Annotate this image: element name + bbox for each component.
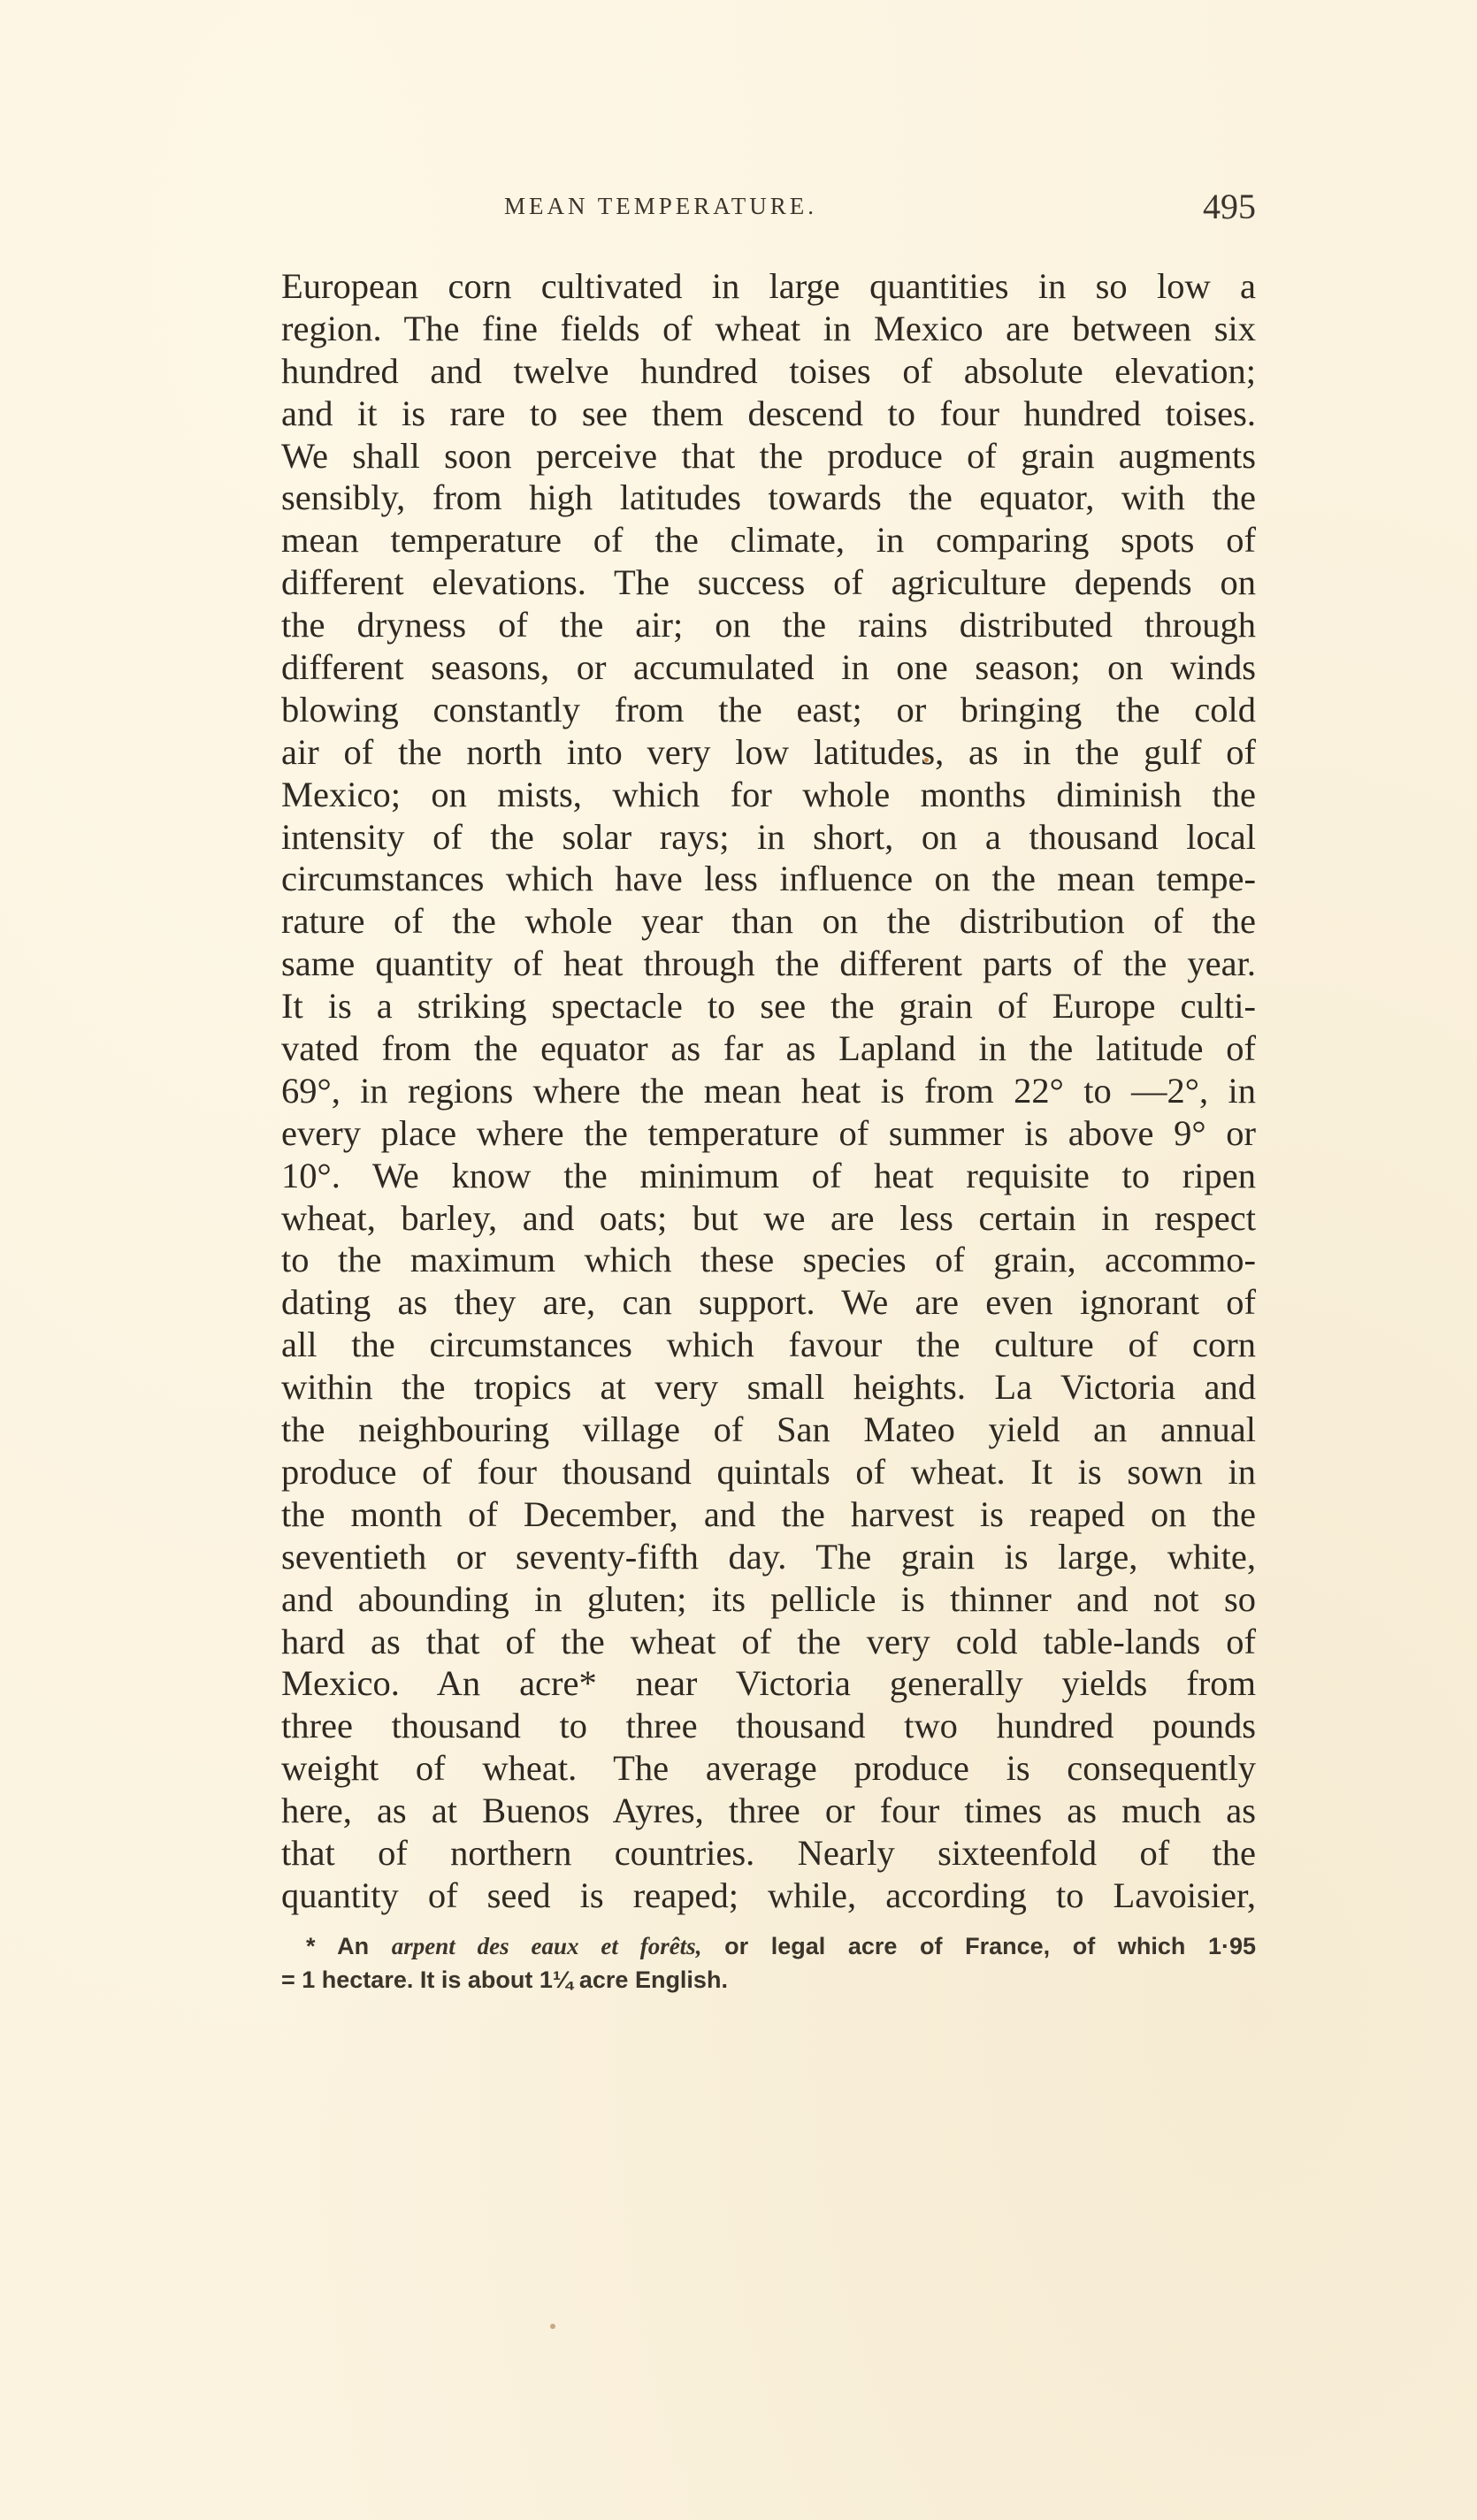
text-line: 69°, in regions where the mean heat is f…	[281, 1070, 1256, 1112]
text-line: within the tropics at very small heights…	[281, 1366, 1256, 1409]
text-line: three thousand to three thousand two hun…	[281, 1705, 1256, 1747]
text-line: different seasons, or accumulated in one…	[281, 646, 1256, 689]
paper-speck	[924, 758, 929, 762]
book-page: MEAN TEMPERATURE. 495 European corn cult…	[281, 186, 1256, 1997]
text-line: air of the north into very low latitudes…	[281, 731, 1256, 774]
footnote-line: = 1 hectare. It is about 1¼ acre English…	[281, 1963, 1256, 1997]
footnote: * An arpent des eaux et forêts, or legal…	[281, 1929, 1256, 1997]
text-line: blowing constantly from the east; or bri…	[281, 689, 1256, 731]
text-line: European corn cultivated in large quanti…	[281, 265, 1256, 308]
text-line: different elevations. The success of agr…	[281, 561, 1256, 604]
footnote-italic-term: arpent des eaux et forêts,	[392, 1933, 702, 1959]
text-line: dating as they are, can support. We are …	[281, 1281, 1256, 1324]
text-line: and abounding in gluten; its pellicle is…	[281, 1578, 1256, 1621]
text-line: sensibly, from high latitudes towards th…	[281, 477, 1256, 519]
footnote-line: * An arpent des eaux et forêts, or legal…	[281, 1929, 1256, 1963]
text-line: region. The fine fields of wheat in Mexi…	[281, 308, 1256, 350]
text-line: 10°. We know the minimum of heat requisi…	[281, 1155, 1256, 1197]
text-line: that of northern countries. Nearly sixte…	[281, 1832, 1256, 1875]
text-line: and it is rare to see them descend to fo…	[281, 393, 1256, 435]
text-line: same quantity of heat through the differ…	[281, 943, 1256, 985]
text-line: circumstances which have less influence …	[281, 858, 1256, 900]
text-line: hard as that of the wheat of the very co…	[281, 1621, 1256, 1663]
body-text: European corn cultivated in large quanti…	[281, 265, 1256, 1917]
text-line: here, as at Buenos Ayres, three or four …	[281, 1790, 1256, 1832]
page-number: 495	[1203, 186, 1256, 227]
text-line: to the maximum which these species of gr…	[281, 1239, 1256, 1281]
running-title: MEAN TEMPERATURE.	[504, 193, 817, 220]
text-line: the dryness of the air; on the rains dis…	[281, 604, 1256, 646]
footnote-text: or legal acre of France, of which 1·95	[724, 1933, 1256, 1959]
text-line: intensity of the solar rays; in short, o…	[281, 816, 1256, 859]
text-line: vated from the equator as far as Lapland…	[281, 1027, 1256, 1070]
footnote-prefix: An	[337, 1933, 369, 1959]
text-line: Mexico. An acre* near Victoria generally…	[281, 1662, 1256, 1705]
text-line: wheat, barley, and oats; but we are less…	[281, 1197, 1256, 1240]
text-line: It is a striking spectacle to see the gr…	[281, 985, 1256, 1027]
footnote-marker: *	[306, 1933, 316, 1959]
text-line: hundred and twelve hundred toises of abs…	[281, 350, 1256, 393]
text-line: all the circumstances which favour the c…	[281, 1324, 1256, 1366]
text-line: the month of December, and the harvest i…	[281, 1493, 1256, 1536]
text-line: quantity of seed is reaped; while, accor…	[281, 1875, 1256, 1917]
paper-speck	[550, 2324, 555, 2329]
text-line: weight of wheat. The average produce is …	[281, 1747, 1256, 1790]
text-line: produce of four thousand quintals of whe…	[281, 1451, 1256, 1493]
text-line: rature of the whole year than on the dis…	[281, 900, 1256, 943]
text-line: the neighbouring village of San Mateo yi…	[281, 1409, 1256, 1451]
text-line: every place where the temperature of sum…	[281, 1112, 1256, 1155]
text-line: mean temperature of the climate, in comp…	[281, 519, 1256, 561]
running-head: MEAN TEMPERATURE. 495	[281, 186, 1256, 239]
text-line: seventieth or seventy-fifth day. The gra…	[281, 1536, 1256, 1578]
text-line: We shall soon perceive that the produce …	[281, 435, 1256, 477]
text-line: Mexico; on mists, which for whole months…	[281, 774, 1256, 816]
